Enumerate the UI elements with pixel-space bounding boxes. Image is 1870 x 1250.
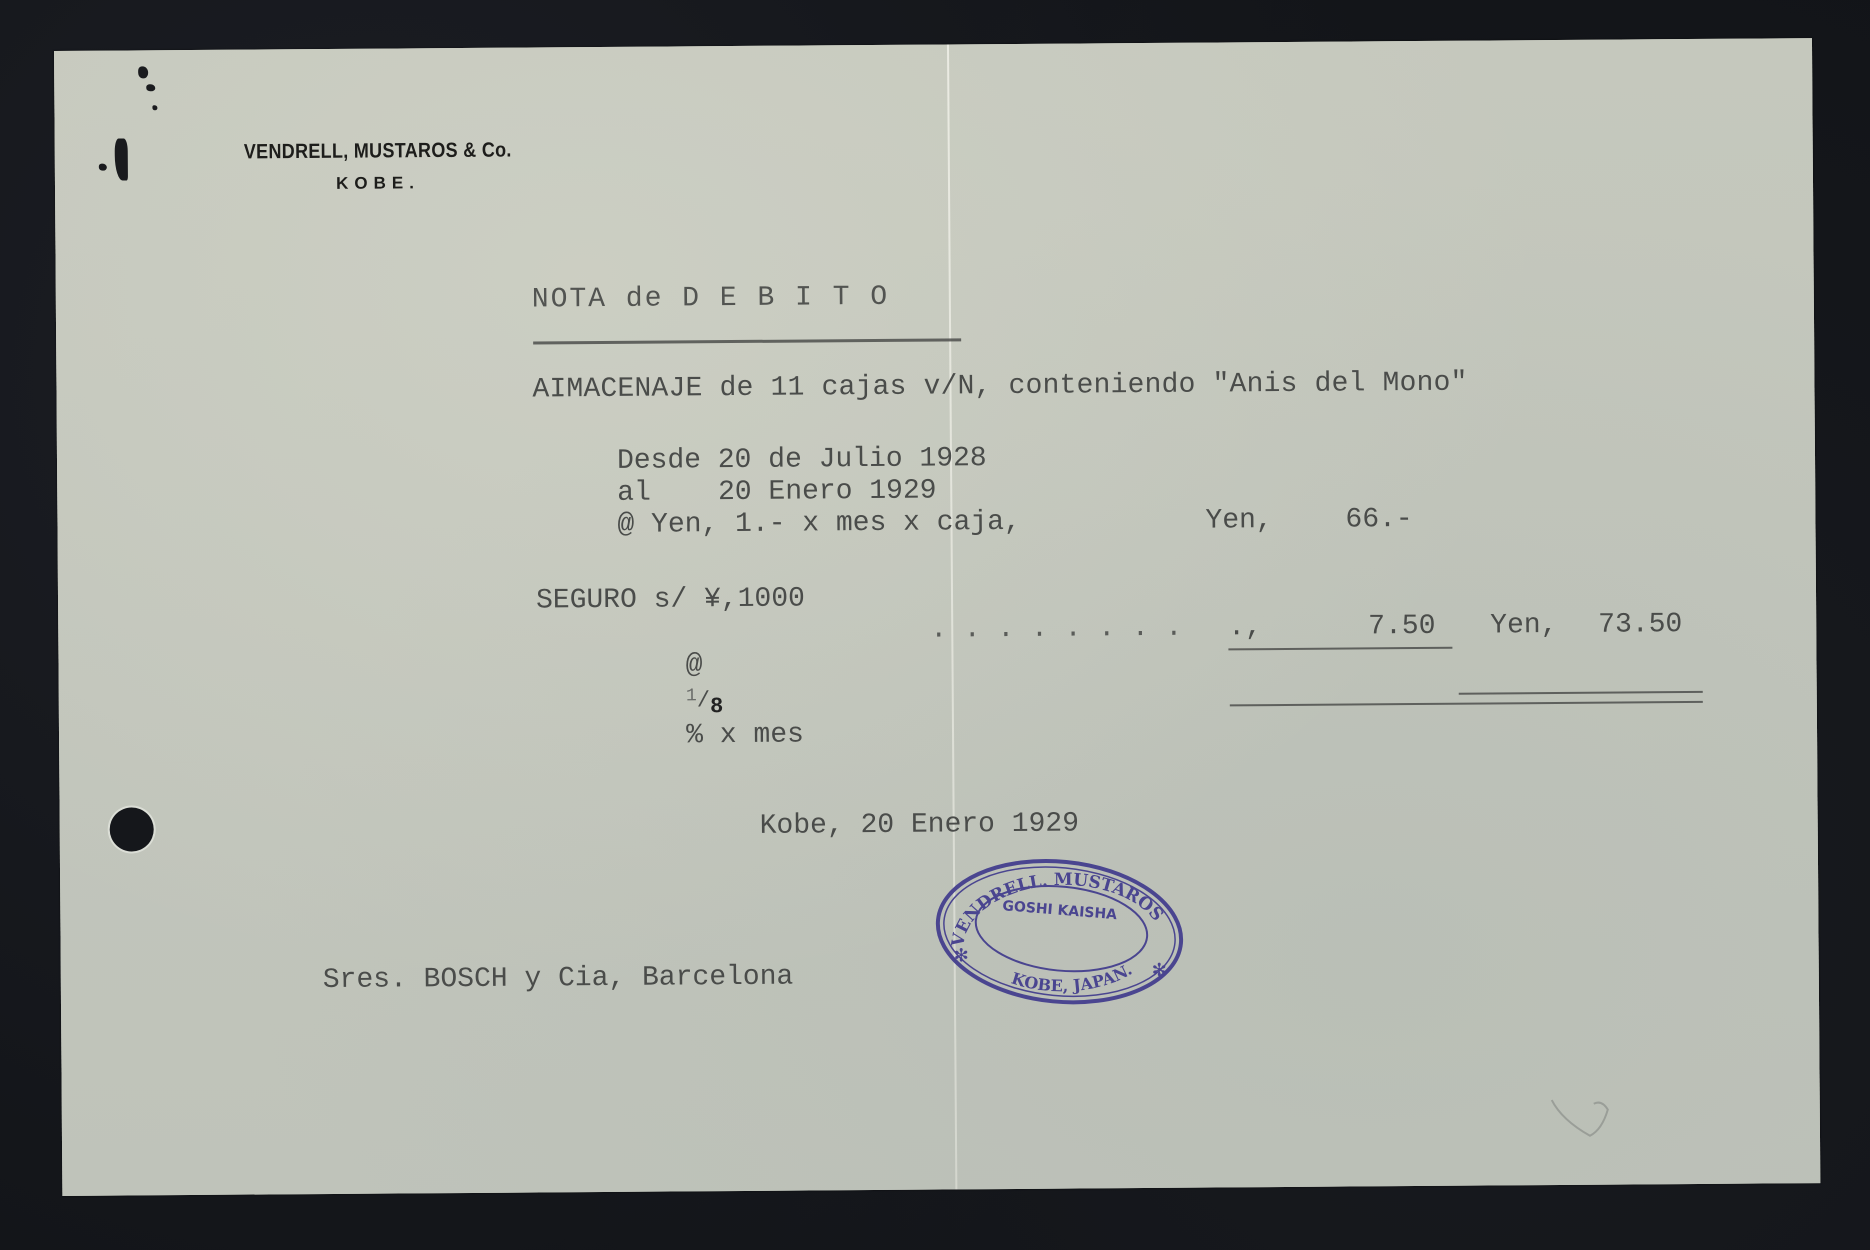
stamp-asterisk-icon: ✻ [954,945,969,966]
insurance-amount-underline [1228,647,1452,651]
rate-line: @ Yen, 1.- x mes x caja, [617,506,1021,543]
paper-tear-mark [99,164,107,171]
document-title: NOTA de D E B I T O [532,281,890,318]
paper-tear-mark [146,84,155,91]
addressee: Sres. BOSCH y Cia, Barcelona [323,961,794,998]
total-double-rule-bottom [1230,701,1703,706]
paper-tear-mark [152,105,157,110]
insurance-fraction: 1/8 [686,688,723,713]
period-to: al 20 Enero 1929 [617,475,937,511]
letterhead-company: VENDRELL, MUSTAROS & Co. [223,138,533,164]
paper-tear-mark [115,138,128,180]
insurance-amount: 7.50 [1368,610,1435,644]
pencil-mark [1542,1090,1622,1151]
period-from: Desde 20 de Julio 1928 [617,442,987,479]
punch-hole [110,807,154,851]
leader-dots: . . . . . . . . [930,612,1182,648]
insurance-ditto: ., [1228,611,1262,645]
total-label: Yen, [1490,609,1557,643]
rate-amount: 66.- [1345,503,1412,537]
rate-currency: Yen, [1205,504,1272,538]
place-date: Kobe, 20 Enero 1929 [760,808,1080,844]
letterhead-city: KOBE. [223,172,533,194]
debit-note-paper: VENDRELL, MUSTAROS & Co. KOBE. NOTA de D… [54,38,1820,1196]
fraction-denominator: 8 [710,694,723,719]
stamp-asterisk-icon: ✻ [1152,960,1167,981]
storage-item-line: AIMACENAJE de 11 cajas v/N, conteniendo … [532,367,1467,408]
insurance-line: SEGURO s/ ¥,1000 [536,583,805,619]
stamp-inner-text: GOSHI KAISHA [1002,898,1118,923]
fraction-numerator: 1 [686,686,697,706]
total-amount: 73.50 [1598,608,1682,643]
insurance-rate-suffix: % x mes [686,720,804,752]
company-stamp: VENDRELL. MUSTAROS & Co. GOSHI KAISHA KO… [933,856,1186,1008]
insurance-rate-line: @ 1/8 % x mes [618,615,804,788]
paper-tear-mark [138,66,148,78]
total-double-rule-top [1459,691,1703,695]
letterhead: VENDRELL, MUSTAROS & Co. KOBE. [223,139,533,194]
title-underline [533,338,961,344]
insurance-at-sign: @ [686,650,703,681]
